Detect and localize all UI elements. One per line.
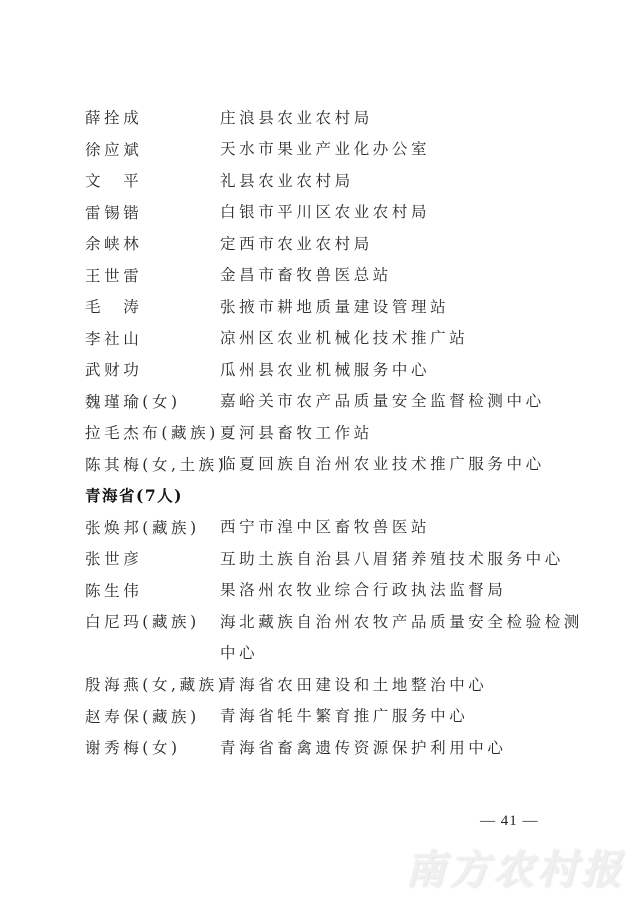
person-name: 魏瑾瑜(女): [85, 388, 220, 416]
person-name: 白尼玛(藏族): [85, 608, 220, 636]
person-name: 陈生伟: [85, 577, 220, 605]
person-name: 陈其梅(女,土族): [85, 451, 220, 479]
person-name: 毛 涛: [85, 293, 220, 321]
list-item: 陈其梅(女,土族) 临夏回族自治州农业技术推广服务中心: [85, 451, 585, 483]
list-item: 张世彦 互助土族自治县八眉猪养殖技术服务中心: [85, 545, 585, 577]
person-name: 张世彦: [85, 545, 220, 573]
awardee-list: 薛拴成 庄浪县农业农村局 徐应斌 天水市果业产业化办公室 文 平 礼县农业农村局…: [85, 104, 585, 766]
person-name: 谢秀梅(女): [85, 734, 220, 762]
list-item: 赵寿保(藏族) 青海省牦牛繁育推广服务中心: [85, 703, 585, 735]
list-item: 雷锡锴 白银市平川区农业农村局: [85, 199, 585, 231]
list-item: 殷海燕(女,藏族) 青海省农田建设和土地整治中心: [85, 671, 585, 703]
list-item: 徐应斌 天水市果业产业化办公室: [85, 136, 585, 168]
organization: 天水市果业产业化办公室: [220, 134, 585, 166]
page-number: — 41 —: [480, 813, 539, 830]
person-name: 赵寿保(藏族): [85, 703, 220, 731]
list-item: 拉毛杰布(藏族) 夏河县畜牧工作站: [85, 419, 585, 451]
list-item: 余峡林 定西市农业农村局: [85, 230, 585, 262]
list-item: 谢秀梅(女) 青海省畜禽遗传资源保护利用中心: [85, 734, 585, 766]
person-name: 徐应斌: [85, 136, 220, 164]
organization: 嘉峪关市农产品质量安全监督检测中心: [220, 386, 585, 418]
organization: 海北藏族自治州农牧产品质量安全检验检测中心: [220, 607, 585, 670]
organization: 定西市农业农村局: [220, 229, 585, 261]
person-name: 文 平: [85, 167, 220, 195]
organization: 瓜州县农业机械服务中心: [220, 355, 585, 387]
document-page: 薛拴成 庄浪县农业农村局 徐应斌 天水市果业产业化办公室 文 平 礼县农业农村局…: [0, 0, 640, 905]
organization: 西宁市湟中区畜牧兽医站: [220, 512, 585, 544]
person-name: 雷锡锴: [85, 199, 220, 227]
organization: 庄浪县农业农村局: [220, 103, 585, 135]
organization: 金昌市畜牧兽医总站: [220, 260, 585, 292]
list-item: 白尼玛(藏族) 海北藏族自治州农牧产品质量安全检验检测中心: [85, 608, 585, 671]
list-item: 文 平 礼县农业农村局: [85, 167, 585, 199]
organization: 临夏回族自治州农业技术推广服务中心: [220, 449, 585, 481]
list-item: 魏瑾瑜(女) 嘉峪关市农产品质量安全监督检测中心: [85, 388, 585, 420]
list-item: 毛 涛 张掖市耕地质量建设管理站: [85, 293, 585, 325]
section-heading-qinghai: 青海省(7人): [85, 482, 585, 514]
person-name: 武财功: [85, 356, 220, 384]
organization: 青海省牦牛繁育推广服务中心: [220, 701, 585, 733]
list-item: 薛拴成 庄浪县农业农村局: [85, 104, 585, 136]
organization: 白银市平川区农业农村局: [220, 197, 585, 229]
organization: 夏河县畜牧工作站: [220, 418, 585, 450]
list-item: 李社山 凉州区农业机械化技术推广站: [85, 325, 585, 357]
person-name: 薛拴成: [85, 104, 220, 132]
organization: 青海省农田建设和土地整治中心: [220, 670, 585, 702]
person-name: 余峡林: [85, 230, 220, 258]
organization: 张掖市耕地质量建设管理站: [220, 292, 585, 324]
organization: 果洛州农牧业综合行政执法监督局: [220, 575, 585, 607]
list-item: 武财功 瓜州县农业机械服务中心: [85, 356, 585, 388]
organization: 青海省畜禽遗传资源保护利用中心: [220, 733, 585, 765]
person-name: 王世雷: [85, 262, 220, 290]
list-item: 陈生伟 果洛州农牧业综合行政执法监督局: [85, 577, 585, 609]
person-name: 拉毛杰布(藏族): [85, 419, 220, 447]
list-item: 王世雷 金昌市畜牧兽医总站: [85, 262, 585, 294]
person-name: 李社山: [85, 325, 220, 353]
watermark-logo: 南方农村报: [405, 838, 625, 895]
organization: 互助土族自治县八眉猪养殖技术服务中心: [220, 544, 585, 576]
list-item: 张焕邦(藏族) 西宁市湟中区畜牧兽医站: [85, 514, 585, 546]
person-name: 殷海燕(女,藏族): [85, 671, 220, 699]
person-name: 张焕邦(藏族): [85, 514, 220, 542]
organization: 凉州区农业机械化技术推广站: [220, 323, 585, 355]
organization: 礼县农业农村局: [220, 166, 585, 198]
